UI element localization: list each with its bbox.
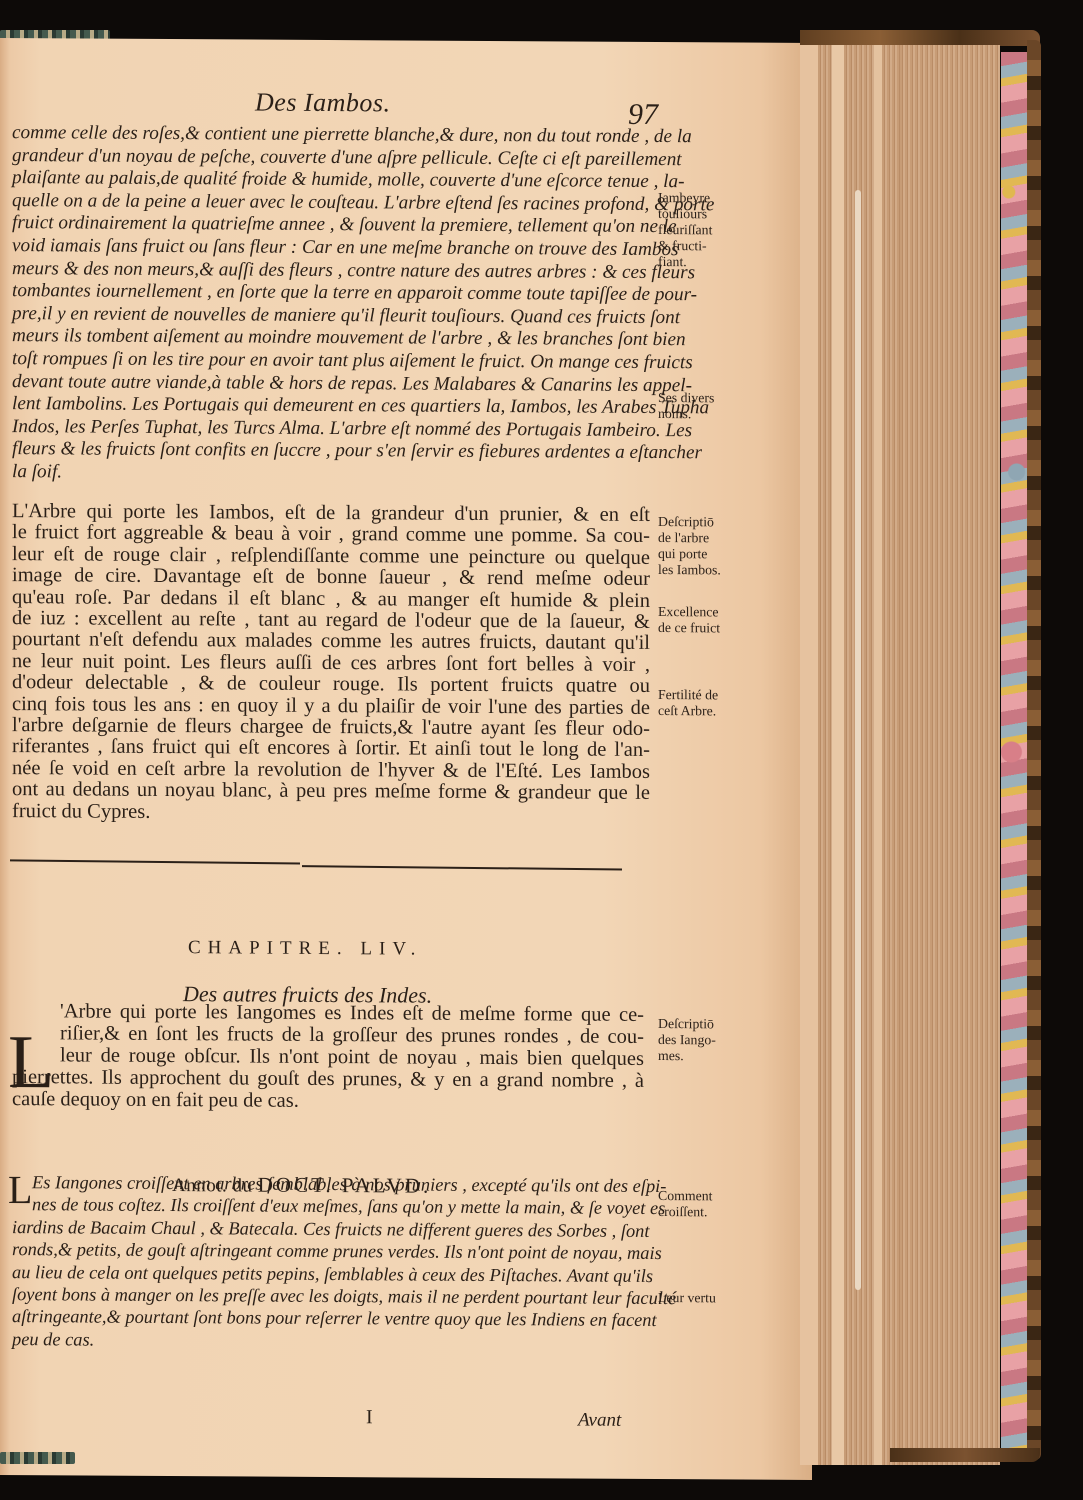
margin-note-line: ceſt Arbre. [658,703,748,720]
margin-note-line: croiſſent. [658,1204,748,1221]
margin-note-line: de ce fruict [658,620,748,637]
margin-note-line: fiant. [658,254,748,271]
margin-note-line: Excellence [658,604,748,621]
margin-note-line: mes. [658,1048,748,1065]
margin-note-line: touſiours [658,206,748,223]
margin-note-line: fleuriſſant [658,222,748,239]
paragraph-annotation: Es Iangones croiſſent en arbres ſemblabl… [12,1171,642,1354]
text-line: peu de cas. [12,1328,642,1354]
margin-note-line: Deſcriptiō [658,514,748,531]
text-line: fruict du Cypres. [12,801,650,826]
text-line: cauſe dequoy on en fait peu de cas. [12,1088,644,1114]
margin-note-line: Ses divers [658,390,748,407]
running-head: Des Iambos. [255,88,391,119]
text-line: comme celle des roſes,& contient une pie… [12,122,655,149]
margin-note-leur-vertu: Leur vertu [658,1290,748,1307]
margin-note-line: Deſcriptiō [658,1016,748,1033]
catchword: Avant [578,1410,621,1432]
margin-note-divers-noms: Ses diversnoms. [658,390,748,423]
margin-note-line: de l'arbre [658,530,748,547]
spine-binding-bottom [0,1452,75,1464]
text-line: la ſoif. [12,461,655,488]
margin-note-excellence: Excellencede ce fruict [658,604,748,637]
margin-note-comment-croissent: Commentcroiſſent. [658,1188,748,1221]
text-line: void iamais ſans fruict ou ſans fleur : … [12,235,655,262]
paragraph-iangomes: 'Arbre qui porte les Iangomes es Indes e… [12,1000,644,1114]
text-line: fleurs & les fruicts ſont confits en ſuc… [12,438,655,465]
margin-note-description-iangomes: Deſcriptiōdes Iango-mes. [658,1016,748,1065]
margin-note-line: Fertilité de [658,687,748,704]
signature-mark: I [366,1406,373,1429]
margin-note-fertilite: Fertilité deceſt Arbre. [658,687,748,720]
margin-note-description-arbre: Deſcriptiōde l'arbrequi porteles Iambos. [658,514,748,579]
margin-note-line: des Iango- [658,1032,748,1049]
margin-note-line: les Iambos. [658,562,748,579]
text-line: toſt rompues ſi on les tire pour en avoi… [12,348,655,375]
margin-note-iambeyre: Iambeyretouſioursfleuriſſant& fructi-fia… [658,190,748,271]
page-edges-stack [800,45,1030,1465]
book-cover-spine-edge [1027,40,1041,1460]
chapter-title: CHAPITRE. LIV. [188,937,422,960]
margin-note-line: Comment [658,1188,748,1205]
margin-note-line: Leur vertu [658,1290,748,1307]
section-divider-rule-right [302,865,622,870]
book-page: Des Iambos. 97 comme celle des roſes,& c… [0,38,812,1480]
bookmark-ribbon [855,190,861,1290]
marbled-endpaper [1001,52,1027,1452]
text-line: ronds,& petits, de gouſt aſtringeant com… [12,1238,642,1264]
text-line: aſtringeante,& pourtant ſont bons pour r… [12,1306,642,1332]
margin-note-line: Iambeyre [658,190,748,207]
section-divider-rule [10,859,300,864]
book-cover-bottom [890,1448,1040,1462]
paragraph-iambos-description: comme celle des roſes,& contient une pie… [12,122,655,487]
paragraph-iambos-tree: L'Arbre qui porte les Iambos, eſt de la … [12,501,650,826]
margin-note-line: & fructi- [658,238,748,255]
margin-note-line: qui porte [658,546,748,563]
margin-note-line: noms. [658,406,748,423]
book-cover-top [800,30,1040,46]
